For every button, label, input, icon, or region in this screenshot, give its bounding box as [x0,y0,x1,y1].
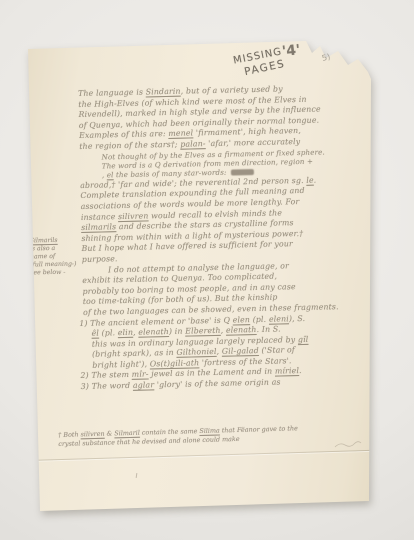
stray-pencil-dash [136,473,138,478]
manuscript-line: (full meaning-) [30,260,76,269]
paper-shadow: MISSING PAGES '4' The language is Sindar… [0,0,414,540]
page-number-note: '4' [281,42,301,60]
photograph-background: MISSING PAGES '4' The language is Sindar… [0,0,414,540]
footnote: † Both silivren & Silmaril contain the s… [58,422,364,449]
scribbled-out-word [231,169,254,176]
fold-crease-line [28,450,371,461]
margin-note: Silmarilsis also aname of(full meaning-)… [30,237,77,277]
manuscript-paper: MISSING PAGES '4' The language is Sindar… [26,39,372,515]
faint-pencil-squiggle [334,440,362,450]
manuscript-text-block: The language is Sindarin, but of a varie… [78,83,347,393]
manuscript-line: see below - [30,268,76,277]
